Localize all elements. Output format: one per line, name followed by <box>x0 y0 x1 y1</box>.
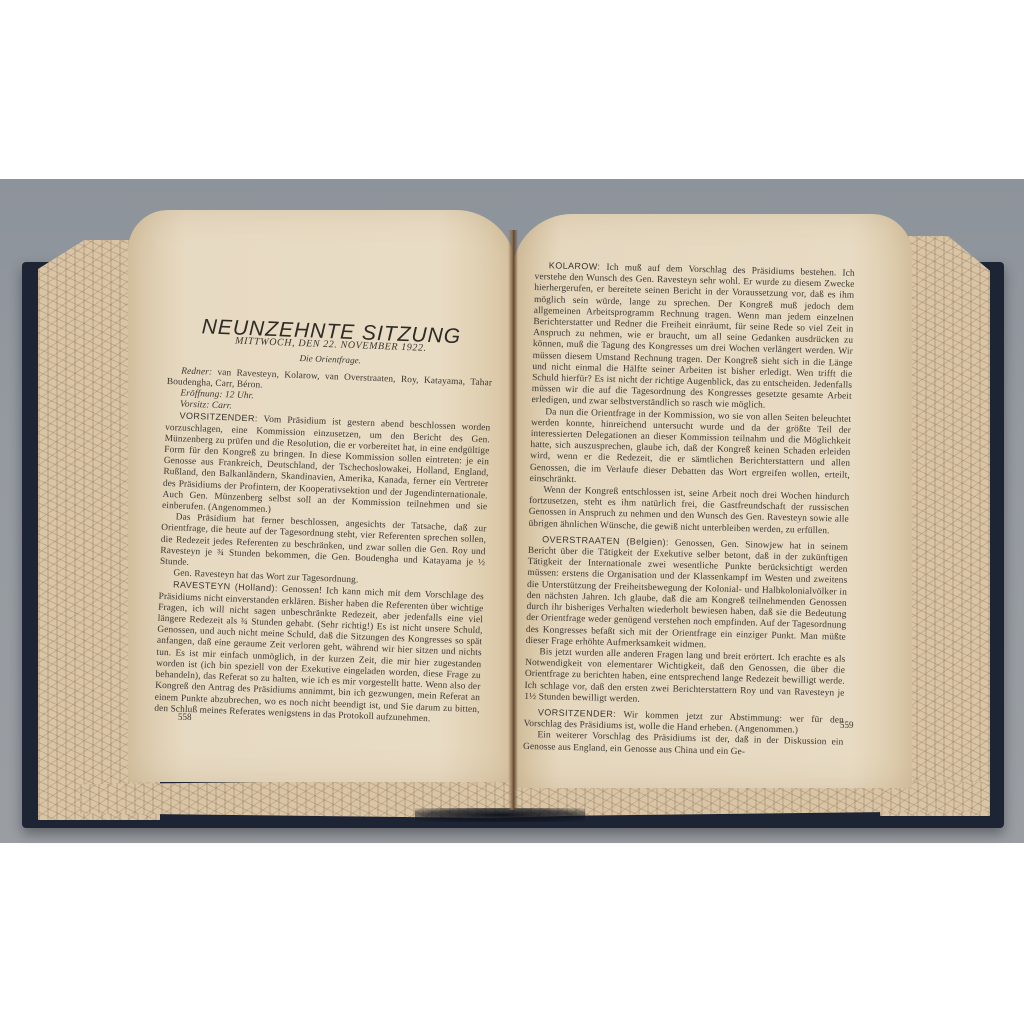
spine-shadow <box>415 808 585 822</box>
paragraph: VORSITZENDER: Vom Präsidium ist gestern … <box>162 410 491 524</box>
page-number-left: 558 <box>178 712 192 722</box>
paragraph: OVERSTRAATEN (Belgien): Genossen, Gen. S… <box>526 534 849 655</box>
paragraph: Da nun die Orientfrage in der Kommission… <box>530 407 852 493</box>
paragraph: KOLAROW: Ich muß auf dem Vorschlag des P… <box>531 260 854 414</box>
paragraph-text: Wenn der Kongreß entschlossen ist, seine… <box>528 485 849 536</box>
paragraph-text: Da nun die Orientfrage in der Kommission… <box>530 407 852 485</box>
paragraph-text: Genossen, Gen. Sinowjew hat in seinem Be… <box>526 538 849 650</box>
paragraph: Wenn der Kongreß entschlossen ist, seine… <box>528 485 849 538</box>
paragraph-text: Vom Präsidium ist gestern abend beschlos… <box>162 415 491 515</box>
paragraph-text: Ich muß auf dem Vorschlag des Präsidiums… <box>531 263 854 411</box>
speaker-name: VORSITZENDER: <box>538 707 616 719</box>
paragraph-text: Bis jetzt wurden alle anderen Fragen lan… <box>524 647 845 704</box>
paragraph: Bis jetzt wurden alle anderen Fragen lan… <box>524 647 845 711</box>
paragraph: RAVESTEYN (Holland): Genossen! Ich kann … <box>154 579 484 727</box>
speakers-list: van Ravesteyn, Kolarow, van Overstraaten… <box>167 367 493 390</box>
speaker-name: OVERSTRAATEN (Belgien): <box>542 534 669 547</box>
page-number-right: 559 <box>840 720 854 730</box>
speaker-name: KOLAROW: <box>549 260 601 271</box>
paragraph-text: Genossen! Ich kann mich mit dem Vorschla… <box>154 585 484 724</box>
book-gutter <box>508 230 518 810</box>
speaker-name: VORSITZENDER: <box>179 411 258 424</box>
left-page-text: NEUNZEHNTE SITZUNG MITTWOCH, DEN 22. NOV… <box>154 300 495 727</box>
right-page-text: KOLAROW: Ich muß auf dem Vorschlag des P… <box>523 260 855 760</box>
speakers-label: Redner: <box>181 366 212 377</box>
